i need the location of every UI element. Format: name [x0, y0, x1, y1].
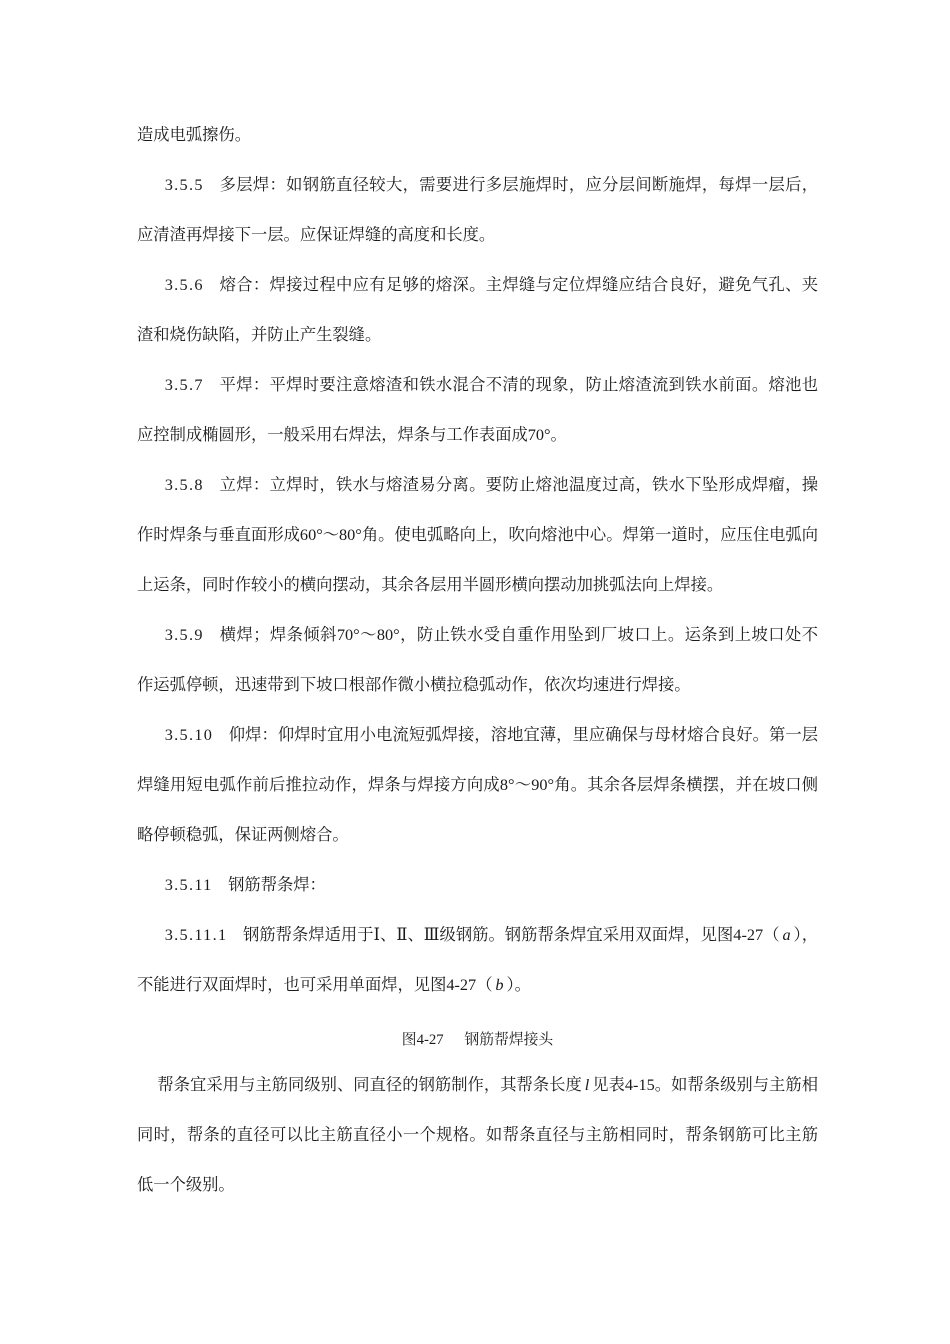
section-3-5-8: 3.5.8立焊：立焊时，铁水与熔渣易分离。要防止熔池温度过高，铁水下坠形成焊瘤，… — [137, 460, 818, 610]
section-number: 3.5.11 — [165, 875, 213, 894]
section-text: ）。 — [506, 975, 530, 994]
section-3-5-11: 3.5.11钢筋帮条焊： — [137, 860, 818, 910]
section-text: 钢筋帮条焊： — [228, 875, 326, 894]
figure-caption-label: 图4-27 — [402, 1032, 444, 1048]
section-text: 仰焊：仰焊时宜用小电流短弧焊接，溶地宜薄，里应确保与母材熔合良好。第一层焊缝用短… — [137, 725, 818, 844]
section-text: 立焊：立焊时，铁水与熔渣易分离。要防止熔池温度过高，铁水下坠形成焊瘤，操作时焊条… — [137, 475, 818, 594]
section-3-5-7: 3.5.7平焊：平焊时要注意熔渣和铁水混合不清的现象，防止熔渣流到铁水前面。熔池… — [137, 360, 818, 460]
figure-caption: 图4-27钢筋帮焊接头 — [137, 1020, 818, 1060]
section-text: 熔合：焊接过程中应有足够的熔深。主焊缝与定位焊缝应结合良好，避免气孔、夹渣和烧伤… — [137, 275, 818, 344]
section-text: 多层焊：如钢筋直径较大，需要进行多层施焊时，应分层间断施焊，每焊一层后，应清渣再… — [137, 175, 818, 244]
section-number: 3.5.5 — [165, 175, 204, 194]
section-text: 钢筋帮条焊适用于Ⅰ、Ⅱ、Ⅲ级钢筋。钢筋帮条焊宜采用双面焊，见图4-27（ — [243, 925, 780, 944]
section-3-5-10: 3.5.10仰焊：仰焊时宜用小电流短弧焊接，溶地宜薄，里应确保与母材熔合良好。第… — [137, 710, 818, 860]
closing-paragraph: 帮条宜采用与主筋同级别、同直径的钢筋制作，其帮条长度l见表4-15。如帮条级别与… — [137, 1060, 818, 1210]
closing-text: 帮条宜采用与主筋同级别、同直径的钢筋制作，其帮条长度 — [157, 1075, 581, 1094]
figure-caption-title: 钢筋帮焊接头 — [464, 1032, 553, 1048]
intro-text: 造成电弧擦伤。 — [137, 125, 251, 144]
length-variable-l: l — [585, 1075, 590, 1094]
figure-ref-variable-b: b — [495, 975, 503, 994]
section-3-5-11-1: 3.5.11.1钢筋帮条焊适用于Ⅰ、Ⅱ、Ⅲ级钢筋。钢筋帮条焊宜采用双面焊，见图4… — [137, 910, 818, 1010]
section-number: 3.5.6 — [165, 275, 204, 294]
section-number: 3.5.9 — [165, 625, 204, 644]
document-page: 造成电弧擦伤。 3.5.5多层焊：如钢筋直径较大，需要进行多层施焊时，应分层间断… — [0, 0, 950, 1344]
section-number: 3.5.10 — [165, 725, 214, 744]
section-3-5-6: 3.5.6熔合：焊接过程中应有足够的熔深。主焊缝与定位焊缝应结合良好，避免气孔、… — [137, 260, 818, 360]
intro-paragraph: 造成电弧擦伤。 — [137, 110, 818, 160]
section-text: 平焊：平焊时要注意熔渣和铁水混合不清的现象，防止熔渣流到铁水前面。熔池也应控制成… — [137, 375, 818, 444]
figure-ref-variable-a: a — [782, 925, 790, 944]
section-3-5-5: 3.5.5多层焊：如钢筋直径较大，需要进行多层施焊时，应分层间断施焊，每焊一层后… — [137, 160, 818, 260]
section-text: 横焊；焊条倾斜70°～80°，防止铁水受自重作用坠到厂坡口上。运条到上坡口处不作… — [137, 625, 818, 694]
section-number: 3.5.11.1 — [165, 925, 228, 944]
section-number: 3.5.7 — [165, 375, 204, 394]
section-3-5-9: 3.5.9横焊；焊条倾斜70°～80°，防止铁水受自重作用坠到厂坡口上。运条到上… — [137, 610, 818, 710]
section-number: 3.5.8 — [165, 475, 204, 494]
